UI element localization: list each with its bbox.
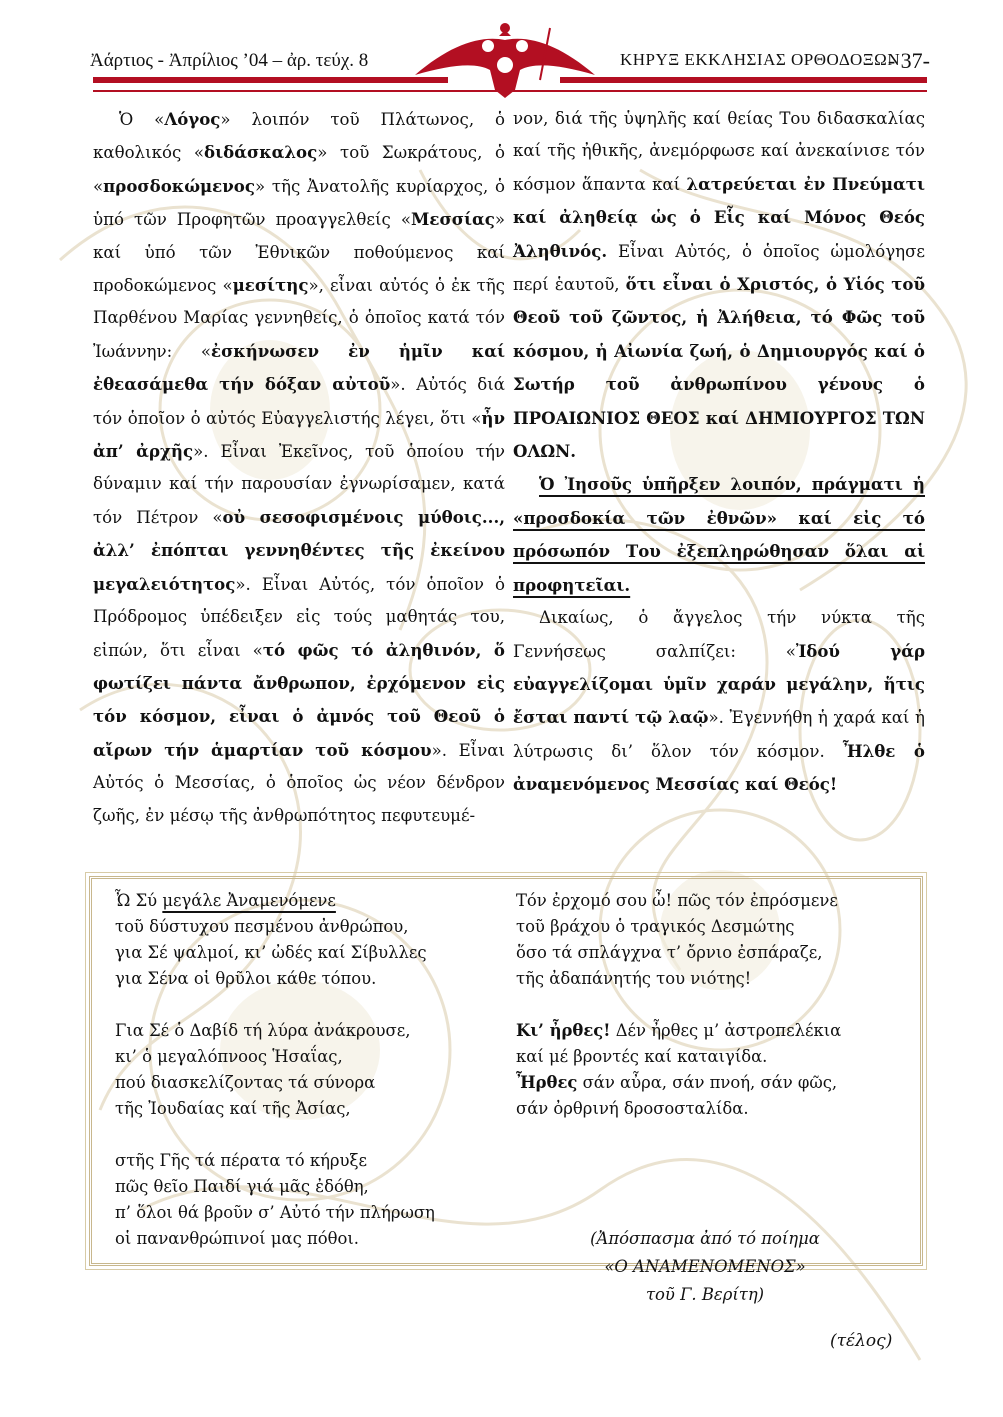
poem-line: καί μέ βροντές καί καταιγίδα. bbox=[516, 1044, 916, 1070]
poem-attribution: (Ἀπόσπασμα ἀπό τό ποίημα «Ο ΑΝΑΜΕΝΟΜΕΝΟΣ… bbox=[540, 1225, 870, 1309]
page-header: Ἀάρτιος - Ἀπρίλιος ’04 – ἀρ. τεύχ. 8 ΚΗΡ… bbox=[90, 40, 930, 100]
poem-line: Ἦρθες σάν αὖρα, σάν πνοή, σάν φῶς, bbox=[516, 1070, 916, 1096]
publication-title: ΚΗΡΥΞ ΕΚΚΛΗΣΙΑΣ ΟΡΘΟΔΟΞΩΝ bbox=[620, 50, 900, 70]
page-number: - 37- bbox=[888, 48, 930, 74]
underlined-phrase: μεγάλε Ἀναμενόμενε bbox=[162, 891, 336, 910]
poem-line: πού διασκελίζοντας τά σύνορα bbox=[115, 1070, 515, 1096]
underlined-statement: Ὁ Ἰησοῦς ὑπῆρξεν λοιπόν, πράγματι ἡ «προ… bbox=[513, 474, 925, 594]
header-rule-thin bbox=[93, 90, 927, 92]
poem-line: σάν ὀρθρινή δροσοσταλίδα. bbox=[516, 1096, 916, 1122]
poem-line: Κι’ ἦρθες! Δέν ἦρθες μ’ ἀστροπελέκια bbox=[516, 1018, 916, 1044]
double-headed-eagle-icon bbox=[410, 20, 600, 100]
article-paragraph: Ὁ «Λόγος» λοιπόν τοῦ Πλάτωνος, ὁ καθολικ… bbox=[93, 103, 505, 832]
poem-line: πῶς θεῖο Παιδί γιά μᾶς ἐδόθη, bbox=[115, 1174, 515, 1200]
poem-line: οἱ πανανθρώπινοί μας πόθοι. bbox=[115, 1226, 515, 1252]
poem-line: ὅσο τά σπλάγχνα τ’ ὄρνιο ἐσπάραζε, bbox=[516, 940, 916, 966]
right-column: νον, διά τῆς ὑψηλῆς καί θείας Του διδασκ… bbox=[513, 103, 925, 802]
poem-left-column: Ὦ Σύ μεγάλε Ἀναμενόμενε τοῦ δύστυχου πεσ… bbox=[115, 888, 515, 1278]
poem-line: τῆς ἀδαπάνητής του νιότης! bbox=[516, 966, 916, 992]
poem-line: Για Σέ ὁ Δαβίδ τή λύρα ἀνάκρουσε, bbox=[115, 1018, 515, 1044]
poem-stanza: Τόν ἐρχομό σου ὦ! πῶς τόν ἐπρόσμενε τοῦ … bbox=[516, 888, 916, 992]
poem-line: τοῦ δύστυχου πεσμένου ἀνθρώπου, bbox=[115, 914, 515, 940]
poem-right-column: Τόν ἐρχομό σου ὦ! πῶς τόν ἐπρόσμενε τοῦ … bbox=[516, 888, 916, 1148]
issue-date: Ἀάρτιος - Ἀπρίλιος ’04 – ἀρ. τεύχ. 8 bbox=[90, 50, 368, 72]
poem-line: για Σέ ψαλμοί, κι’ ὠδές καί Σίβυλλες bbox=[115, 940, 515, 966]
article-paragraph: Δικαίως, ὁ ἄγγελος τήν νύκτα τῆς Γεννήσε… bbox=[513, 602, 925, 801]
poem-line: Τόν ἐρχομό σου ὦ! πῶς τόν ἐπρόσμενε bbox=[516, 888, 916, 914]
end-mark: (τέλος) bbox=[830, 1331, 892, 1351]
poem-line: τοῦ βράχου ὁ τραγικός Δεσμώτης bbox=[516, 914, 916, 940]
poem-line: για Σένα οἱ θρῦλοι κάθε τόπου. bbox=[115, 966, 515, 992]
poem-stanza: Ὦ Σύ μεγάλε Ἀναμενόμενε τοῦ δύστυχου πεσ… bbox=[115, 888, 515, 992]
article-paragraph: νον, διά τῆς ὑψηλῆς καί θείας Του διδασκ… bbox=[513, 103, 925, 468]
header-rule-left bbox=[93, 77, 448, 83]
poem-line: Ὦ Σύ μεγάλε Ἀναμενόμενε bbox=[115, 888, 515, 914]
poem-stanza: Για Σέ ὁ Δαβίδ τή λύρα ἀνάκρουσε, κι’ ὁ … bbox=[115, 1018, 515, 1122]
poem-line: κι’ ὁ μεγαλόπνοος Ἡσαΐας, bbox=[115, 1044, 515, 1070]
poem-line: π’ ὅλοι θά βροῦν σ’ Αὐτό τήν πλήρωση bbox=[115, 1200, 515, 1226]
left-column: Ὁ «Λόγος» λοιπόν τοῦ Πλάτωνος, ὁ καθολικ… bbox=[93, 103, 505, 832]
poem-line: τῆς Ἰουδαίας καί τῆς Ἀσίας, bbox=[115, 1096, 515, 1122]
underlined-paragraph: Ὁ Ἰησοῦς ὑπῆρξεν λοιπόν, πράγματι ἡ «προ… bbox=[513, 468, 925, 602]
poem-stanza: Κι’ ἦρθες! Δέν ἦρθες μ’ ἀστροπελέκια καί… bbox=[516, 1018, 916, 1122]
poem-line: στῆς Γῆς τά πέρατα τό κήρυξε bbox=[115, 1148, 515, 1174]
header-rule-right bbox=[560, 77, 927, 83]
poem-stanza: στῆς Γῆς τά πέρατα τό κήρυξε πῶς θεῖο Πα… bbox=[115, 1148, 515, 1252]
